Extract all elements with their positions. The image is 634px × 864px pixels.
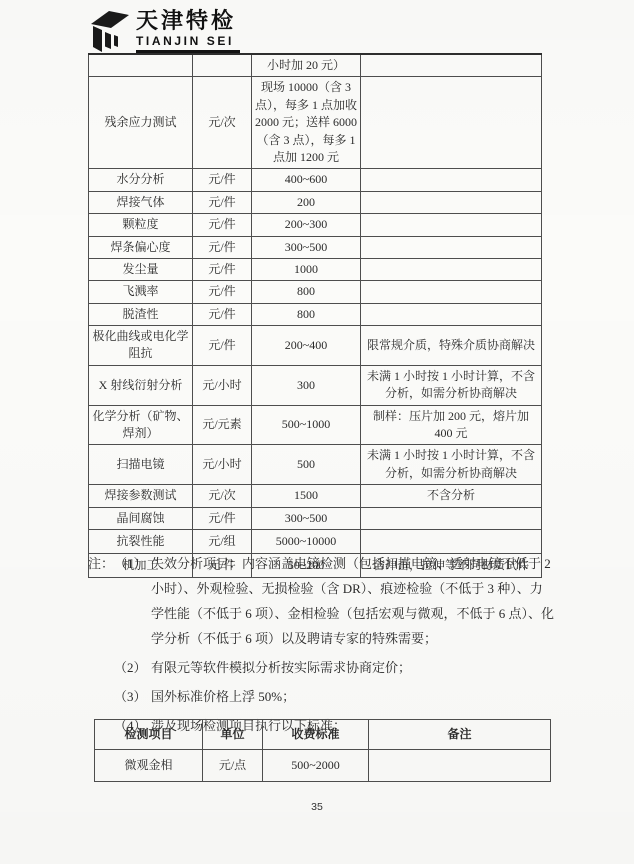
table-row: 焊接气体 元/件 200 (89, 191, 542, 213)
table-row: 颗粒度 元/件 200~300 (89, 214, 542, 236)
item-cell: 发尘量 (89, 258, 193, 280)
table-row: 水分分析 元/件 400~600 (89, 169, 542, 191)
fee-cell: 1500 (252, 485, 361, 507)
note-number: （1） (114, 551, 147, 576)
unit-cell: 元/件 (193, 281, 252, 303)
notes-label: 注： (88, 551, 114, 576)
fee-cell: 500~1000 (252, 405, 361, 445)
item-cell: 水分分析 (89, 169, 193, 191)
unit-cell: 元/次 (193, 77, 252, 169)
item-cell: 焊接气体 (89, 191, 193, 213)
unit-cell: 元/件 (193, 326, 252, 366)
logo-text-block: 天津特检 TIANJIN SEI (136, 9, 240, 53)
table-row: 抗裂性能 元/组 5000~10000 (89, 529, 542, 553)
unit-cell: 元/件 (193, 191, 252, 213)
note-cell: 未满 1 小时按 1 小时计算，不含分析，如需分析协商解决 (361, 365, 542, 405)
note-cell (361, 214, 542, 236)
note-cell (361, 77, 542, 169)
standards-table: 检测项目 单位 收费标准 备注 微观金相 元/点 500~2000 (94, 719, 551, 782)
note-cell: 制样：压片加 200 元，熔片加 400 元 (361, 405, 542, 445)
page-number: 35 (0, 801, 634, 813)
unit-cell: 元/次 (193, 485, 252, 507)
fee-table: 小时加 20 元） 残余应力测试 元/次 现场 10000（含 3 点），每多 … (88, 53, 542, 578)
fee-cell: 500~2000 (263, 750, 369, 782)
note-cell (361, 54, 542, 77)
note-cell (361, 529, 542, 553)
fee-cell: 800 (252, 281, 361, 303)
fee-cell: 300~500 (252, 507, 361, 529)
unit-cell: 元/件 (193, 303, 252, 325)
table-row: 焊条偏心度 元/件 300~500 (89, 236, 542, 258)
table-row: 极化曲线或电化学阻抗 元/件 200~400 限常规介质，特殊介质协商解决 (89, 326, 542, 366)
unit-cell: 元/元素 (193, 405, 252, 445)
item-cell: 微观金相 (95, 750, 203, 782)
tianjin-sei-logo-icon (90, 9, 130, 55)
note-number: （3） (114, 684, 147, 709)
item-cell: 晶间腐蚀 (89, 507, 193, 529)
note-cell (361, 258, 542, 280)
note-cell (361, 507, 542, 529)
item-cell: 飞溅率 (89, 281, 193, 303)
table-row: 焊接参数测试 元/次 1500 不含分析 (89, 485, 542, 507)
fee-cell: 200~400 (252, 326, 361, 366)
fee-cell: 200~300 (252, 214, 361, 236)
note-cell: 未满 1 小时按 1 小时计算，不含分析，如需分析协商解决 (361, 445, 542, 485)
note-cell (361, 281, 542, 303)
note-item-3: （3） 国外标准价格上浮 50%； (88, 684, 554, 709)
item-cell: 极化曲线或电化学阻抗 (89, 326, 193, 366)
unit-cell (193, 54, 252, 77)
item-cell: 颗粒度 (89, 214, 193, 236)
table-row: 化学分析（矿物、焊剂） 元/元素 500~1000 制样：压片加 200 元，熔… (89, 405, 542, 445)
table-row: 微观金相 元/点 500~2000 (95, 750, 551, 782)
unit-cell: 元/小时 (193, 445, 252, 485)
fee-cell: 小时加 20 元） (252, 54, 361, 77)
unit-cell: 元/件 (193, 507, 252, 529)
note-cell: 不含分析 (361, 485, 542, 507)
note-item-2: （2） 有限元等软件模拟分析按实际需求协商定价； (88, 655, 554, 680)
note-number: （2） (114, 655, 147, 680)
letterhead: 天津特检 TIANJIN SEI (90, 9, 240, 55)
note-cell (361, 169, 542, 191)
unit-cell: 元/点 (203, 750, 263, 782)
note-text: 失效分析项目：内容涵盖电镜检测（包括扫描电镜、透射电镜不低于 2 小时）、外观检… (151, 556, 554, 646)
item-cell: 焊条偏心度 (89, 236, 193, 258)
note-text: 国外标准价格上浮 50%； (151, 689, 295, 704)
item-cell: X 射线衍射分析 (89, 365, 193, 405)
unit-cell: 元/件 (193, 214, 252, 236)
unit-cell: 元/件 (193, 169, 252, 191)
table-row-continuation: 小时加 20 元） (89, 54, 542, 77)
fee-cell: 200 (252, 191, 361, 213)
unit-cell: 元/件 (193, 236, 252, 258)
column-header-fee: 收费标准 (263, 720, 369, 750)
fee-cell: 300 (252, 365, 361, 405)
fee-cell: 1000 (252, 258, 361, 280)
item-cell: 焊接参数测试 (89, 485, 193, 507)
fee-cell: 5000~10000 (252, 529, 361, 553)
column-header-item: 检测项目 (95, 720, 203, 750)
fee-cell: 300~500 (252, 236, 361, 258)
item-cell: 扫描电镜 (89, 445, 193, 485)
fee-cell: 500 (252, 445, 361, 485)
logo-subtitle: TIANJIN SEI (136, 34, 236, 48)
note-cell: 限常规介质，特殊介质协商解决 (361, 326, 542, 366)
note-text: 有限元等软件模拟分析按实际需求协商定价； (151, 660, 411, 675)
unit-cell: 元/组 (193, 529, 252, 553)
note-cell (369, 750, 551, 782)
table-row: 脱渣性 元/件 800 (89, 303, 542, 325)
fee-cell: 400~600 (252, 169, 361, 191)
unit-cell: 元/件 (193, 258, 252, 280)
item-cell: 化学分析（矿物、焊剂） (89, 405, 193, 445)
note-cell (361, 191, 542, 213)
table-row: 飞溅率 元/件 800 (89, 281, 542, 303)
unit-cell: 元/小时 (193, 365, 252, 405)
document-page: 天津特检 TIANJIN SEI 小时加 20 元） 残余应力测试 元/次 现场… (0, 0, 634, 864)
note-item-1: 注： （1） 失效分析项目：内容涵盖电镜检测（包括扫描电镜、透射电镜不低于 2 … (88, 551, 554, 651)
note-cell (361, 303, 542, 325)
table-row: 晶间腐蚀 元/件 300~500 (89, 507, 542, 529)
notes-section: 注： （1） 失效分析项目：内容涵盖电镜检测（包括扫描电镜、透射电镜不低于 2 … (88, 551, 554, 742)
note-cell (361, 236, 542, 258)
item-cell: 脱渣性 (89, 303, 193, 325)
table-row: 发尘量 元/件 1000 (89, 258, 542, 280)
table-header-row: 检测项目 单位 收费标准 备注 (95, 720, 551, 750)
table-row: 扫描电镜 元/小时 500 未满 1 小时按 1 小时计算，不含分析，如需分析协… (89, 445, 542, 485)
item-cell: 残余应力测试 (89, 77, 193, 169)
item-cell (89, 54, 193, 77)
column-header-note: 备注 (369, 720, 551, 750)
logo-title: 天津特检 (136, 9, 236, 33)
item-cell: 抗裂性能 (89, 529, 193, 553)
table-row: X 射线衍射分析 元/小时 300 未满 1 小时按 1 小时计算，不含分析，如… (89, 365, 542, 405)
column-header-unit: 单位 (203, 720, 263, 750)
fee-cell: 现场 10000（含 3 点），每多 1 点加收 2000 元；送样 6000（… (252, 77, 361, 169)
fee-cell: 800 (252, 303, 361, 325)
table-row: 残余应力测试 元/次 现场 10000（含 3 点），每多 1 点加收 2000… (89, 77, 542, 169)
